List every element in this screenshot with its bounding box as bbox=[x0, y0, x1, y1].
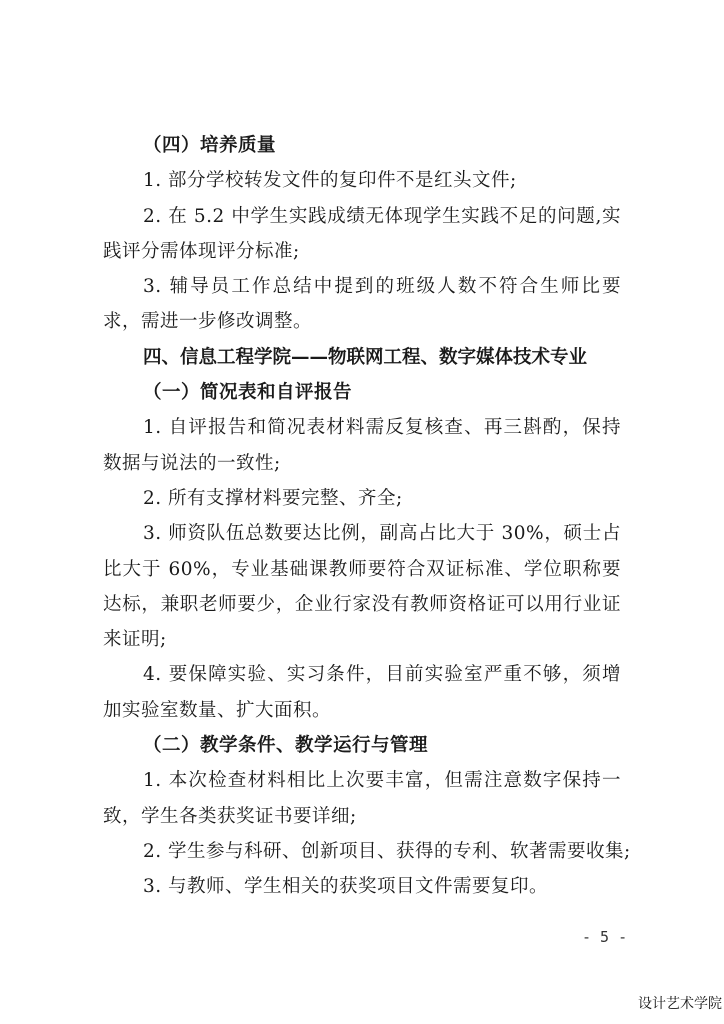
paragraph-line: 1. 部分学校转发文件的复印件不是红头文件; bbox=[103, 163, 621, 198]
document-body: （四）培养质量 1. 部分学校转发文件的复印件不是红头文件; 2. 在 5.2 … bbox=[103, 128, 621, 905]
section-heading-overview-report: （一）简况表和自评报告 bbox=[103, 375, 621, 410]
paragraph-line: 1. 本次检查材料相比上次要丰富，但需注意数字保持一 bbox=[103, 763, 621, 798]
main-heading-info-engineering: 四、信息工程学院——物联网工程、数字媒体技术专业 bbox=[103, 340, 621, 375]
paragraph-line: 4. 要保障实验、实习条件，目前实验室严重不够，须增 bbox=[103, 657, 621, 692]
paragraph-line: 数据与说法的一致性; bbox=[103, 446, 621, 481]
paragraph-line: 1. 自评报告和简况表材料需反复核查、再三斟酌，保持 bbox=[103, 410, 621, 445]
paragraph-line: 3. 与教师、学生相关的获奖项目文件需要复印。 bbox=[103, 869, 621, 904]
paragraph-line: 2. 学生参与科研、创新项目、获得的专利、软著需要收集; bbox=[103, 834, 621, 869]
page-number: - 5 - bbox=[582, 928, 627, 946]
paragraph-line: 2. 所有支撑材料要完整、齐全; bbox=[103, 481, 621, 516]
paragraph-line: 达标，兼职老师要少，企业行家没有教师资格证可以用行业证 bbox=[103, 587, 621, 622]
paragraph-line: 求，需进一步修改调整。 bbox=[103, 304, 621, 339]
paragraph-line: 来证明; bbox=[103, 622, 621, 657]
paragraph-line: 加实验室数量、扩大面积。 bbox=[103, 693, 621, 728]
section-heading-teaching-conditions: （二）教学条件、教学运行与管理 bbox=[103, 728, 621, 763]
section-heading-training-quality: （四）培养质量 bbox=[103, 128, 621, 163]
paragraph-line: 3. 辅导员工作总结中提到的班级人数不符合生师比要 bbox=[103, 269, 621, 304]
watermark-label: 设计艺术学院 bbox=[638, 993, 722, 1013]
paragraph-line: 致，学生各类获奖证书要详细; bbox=[103, 799, 621, 834]
paragraph-line: 2. 在 5.2 中学生实践成绩无体现学生实践不足的问题,实 bbox=[103, 199, 621, 234]
paragraph-line: 3. 师资队伍总数要达比例，副高占比大于 30%，硕士占 bbox=[103, 516, 621, 551]
paragraph-line: 践评分需体现评分标准; bbox=[103, 234, 621, 269]
paragraph-line: 比大于 60%，专业基础课教师要符合双证标准、学位职称要 bbox=[103, 552, 621, 587]
